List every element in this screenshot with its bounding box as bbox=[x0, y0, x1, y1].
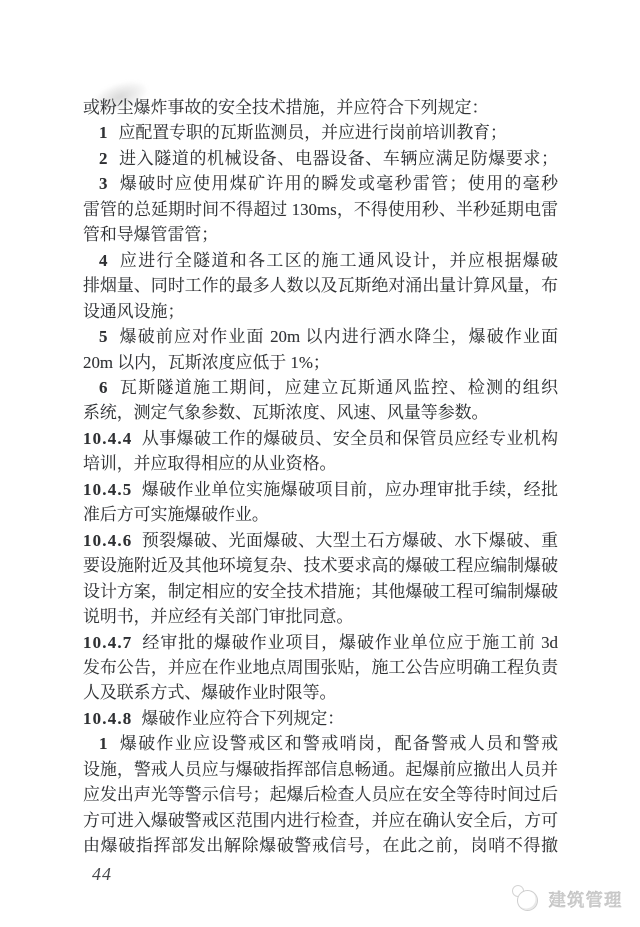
text-line: 设通风设施； bbox=[83, 299, 558, 324]
section-line: 10.4.5爆破作业单位实施爆破项目前，应办理审批手续，经批 bbox=[83, 477, 558, 502]
logo-large-circle bbox=[517, 890, 538, 911]
text-line: 由爆破指挥部发出解除爆破警戒信号，在此之前，岗哨不得撤 bbox=[83, 833, 558, 858]
line-text: 由爆破指挥部发出解除爆破警戒信号，在此之前，岗哨不得撤 bbox=[83, 836, 558, 855]
line-text: 经审批的爆破作业项目，爆破作业单位应于施工前 3d bbox=[141, 633, 558, 652]
text-block: 或粉尘爆炸事故的安全技术措施，并应符合下列规定：1应配置专职的瓦斯监测员，并应进… bbox=[83, 95, 558, 859]
line-text: 说明书，并应经有关部门审批同意。 bbox=[83, 607, 353, 626]
item-line: 1爆破作业应设警戒区和警戒哨岗，配备警戒人员和警戒 bbox=[83, 731, 558, 756]
text-line: 准后方可实施爆破作业。 bbox=[83, 502, 558, 527]
text-line: 培训，并应取得相应的从业资格。 bbox=[83, 451, 558, 476]
watermark-bubbles-logo-icon bbox=[512, 885, 542, 912]
text-line: 20m 以内，瓦斯浓度应低于 1%； bbox=[83, 350, 558, 375]
item-number: 5 bbox=[99, 327, 118, 346]
section-line: 10.4.7经审批的爆破作业项目，爆破作业单位应于施工前 3d bbox=[83, 630, 558, 655]
line-text: 从事爆破工作的爆破员、安全员和保管员应经专业机构 bbox=[141, 429, 558, 448]
text-line: 方可进入爆破警戒区范围内进行检查，并应在确认安全后，方可 bbox=[83, 808, 558, 833]
section-number: 10.4.7 bbox=[83, 633, 141, 652]
text-line: 应发出声光等警示信号；起爆后检查人员应在安全等待时间过后 bbox=[83, 782, 558, 807]
section-number: 10.4.8 bbox=[83, 709, 141, 728]
text-line: 或粉尘爆炸事故的安全技术措施，并应符合下列规定： bbox=[83, 95, 558, 120]
watermark-label: 建筑管理 bbox=[549, 886, 623, 911]
text-line: 设施，警戒人员应与爆破指挥部信息畅通。起爆前应撤出人员并 bbox=[83, 757, 558, 782]
line-text: 瓦斯隧道施工期间，应建立瓦斯通风监控、检测的组织 bbox=[118, 378, 558, 397]
line-text: 设计方案，制定相应的安全技术措施；其他爆破工程可编制爆破 bbox=[83, 582, 558, 601]
line-text: 应配置专职的瓦斯监测员，并应进行岗前培训教育； bbox=[118, 123, 506, 142]
line-text: 要设施附近及其他环境复杂、技术要求高的爆破工程应编制爆破 bbox=[83, 556, 558, 575]
line-text: 设通风设施； bbox=[83, 302, 184, 321]
item-line: 1应配置专职的瓦斯监测员，并应进行岗前培训教育； bbox=[83, 120, 558, 145]
item-number: 1 bbox=[99, 123, 118, 142]
section-line: 10.4.8爆破作业应符合下列规定： bbox=[83, 706, 558, 731]
line-text: 人及联系方式、爆破作业时限等。 bbox=[83, 683, 336, 702]
text-line: 系统，测定气象参数、瓦斯浓度、风速、风量等参数。 bbox=[83, 400, 558, 425]
line-text: 或粉尘爆炸事故的安全技术措施，并应符合下列规定： bbox=[83, 98, 488, 117]
line-text: 爆破前应对作业面 20m 以内进行洒水降尘，爆破作业面 bbox=[118, 327, 558, 346]
section-line: 10.4.4从事爆破工作的爆破员、安全员和保管员应经专业机构 bbox=[83, 426, 558, 451]
item-number: 4 bbox=[99, 251, 118, 270]
item-line: 5爆破前应对作业面 20m 以内进行洒水降尘，爆破作业面 bbox=[83, 324, 558, 349]
line-text: 雷管的总延期时间不得超过 130ms，不得使用秒、半秒延期电雷 bbox=[83, 200, 558, 219]
section-line: 10.4.6预裂爆破、光面爆破、大型土石方爆破、水下爆破、重 bbox=[83, 528, 558, 553]
item-number: 6 bbox=[99, 378, 118, 397]
text-line: 发布公告，并应在作业地点周围张贴，施工公告应明确工程负责 bbox=[83, 655, 558, 680]
line-text: 爆破作业单位实施爆破项目前，应办理审批手续，经批 bbox=[141, 480, 558, 499]
item-line: 4应进行全隧道和各工区的施工通风设计，并应根据爆破 bbox=[83, 248, 558, 273]
line-text: 预裂爆破、光面爆破、大型土石方爆破、水下爆破、重 bbox=[141, 531, 558, 550]
line-text: 排烟量、同时工作的最多人数以及瓦斯绝对涌出量计算风量，布 bbox=[83, 276, 558, 295]
item-line: 6瓦斯隧道施工期间，应建立瓦斯通风监控、检测的组织 bbox=[83, 375, 558, 400]
text-line: 人及联系方式、爆破作业时限等。 bbox=[83, 680, 558, 705]
document-page: 或粉尘爆炸事故的安全技术措施，并应符合下列规定：1应配置专职的瓦斯监测员，并应进… bbox=[0, 0, 640, 927]
text-line: 排烟量、同时工作的最多人数以及瓦斯绝对涌出量计算风量，布 bbox=[83, 273, 558, 298]
text-line: 要设施附近及其他环境复杂、技术要求高的爆破工程应编制爆破 bbox=[83, 553, 558, 578]
item-number: 1 bbox=[99, 734, 118, 753]
text-line: 设计方案，制定相应的安全技术措施；其他爆破工程可编制爆破 bbox=[83, 579, 558, 604]
line-text: 爆破作业应符合下列规定： bbox=[141, 709, 344, 728]
line-text: 应发出声光等警示信号；起爆后检查人员应在安全等待时间过后 bbox=[83, 785, 558, 804]
section-number: 10.4.5 bbox=[83, 480, 141, 499]
line-text: 系统，测定气象参数、瓦斯浓度、风速、风量等参数。 bbox=[83, 403, 488, 422]
section-number: 10.4.4 bbox=[83, 429, 141, 448]
line-text: 设施，警戒人员应与爆破指挥部信息畅通。起爆前应撤出人员并 bbox=[83, 760, 558, 779]
item-line: 2进入隧道的机械设备、电器设备、车辆应满足防爆要求； bbox=[83, 146, 558, 171]
item-number: 3 bbox=[99, 174, 118, 193]
line-text: 培训，并应取得相应的从业资格。 bbox=[83, 454, 336, 473]
page-number: 44 bbox=[92, 864, 112, 885]
line-text: 发布公告，并应在作业地点周围张贴，施工公告应明确工程负责 bbox=[83, 658, 558, 677]
line-text: 准后方可实施爆破作业。 bbox=[83, 505, 269, 524]
line-text: 20m 以内，瓦斯浓度应低于 1%； bbox=[83, 353, 330, 372]
line-text: 爆破作业应设警戒区和警戒哨岗，配备警戒人员和警戒 bbox=[118, 734, 558, 753]
line-text: 爆破时应使用煤矿许用的瞬发或毫秒雷管；使用的毫秒 bbox=[118, 174, 558, 193]
item-line: 3爆破时应使用煤矿许用的瞬发或毫秒雷管；使用的毫秒 bbox=[83, 171, 558, 196]
section-number: 10.4.6 bbox=[83, 531, 141, 550]
line-text: 进入隧道的机械设备、电器设备、车辆应满足防爆要求； bbox=[118, 149, 558, 168]
item-number: 2 bbox=[99, 149, 118, 168]
text-line: 说明书，并应经有关部门审批同意。 bbox=[83, 604, 558, 629]
line-text: 方可进入爆破警戒区范围内进行检查，并应在确认安全后，方可 bbox=[83, 811, 558, 830]
text-line: 管和导爆管雷管； bbox=[83, 222, 558, 247]
line-text: 管和导爆管雷管； bbox=[83, 225, 218, 244]
watermark: 建筑管理 bbox=[512, 885, 623, 912]
line-text: 应进行全隧道和各工区的施工通风设计，并应根据爆破 bbox=[118, 251, 558, 270]
text-line: 雷管的总延期时间不得超过 130ms，不得使用秒、半秒延期电雷 bbox=[83, 197, 558, 222]
